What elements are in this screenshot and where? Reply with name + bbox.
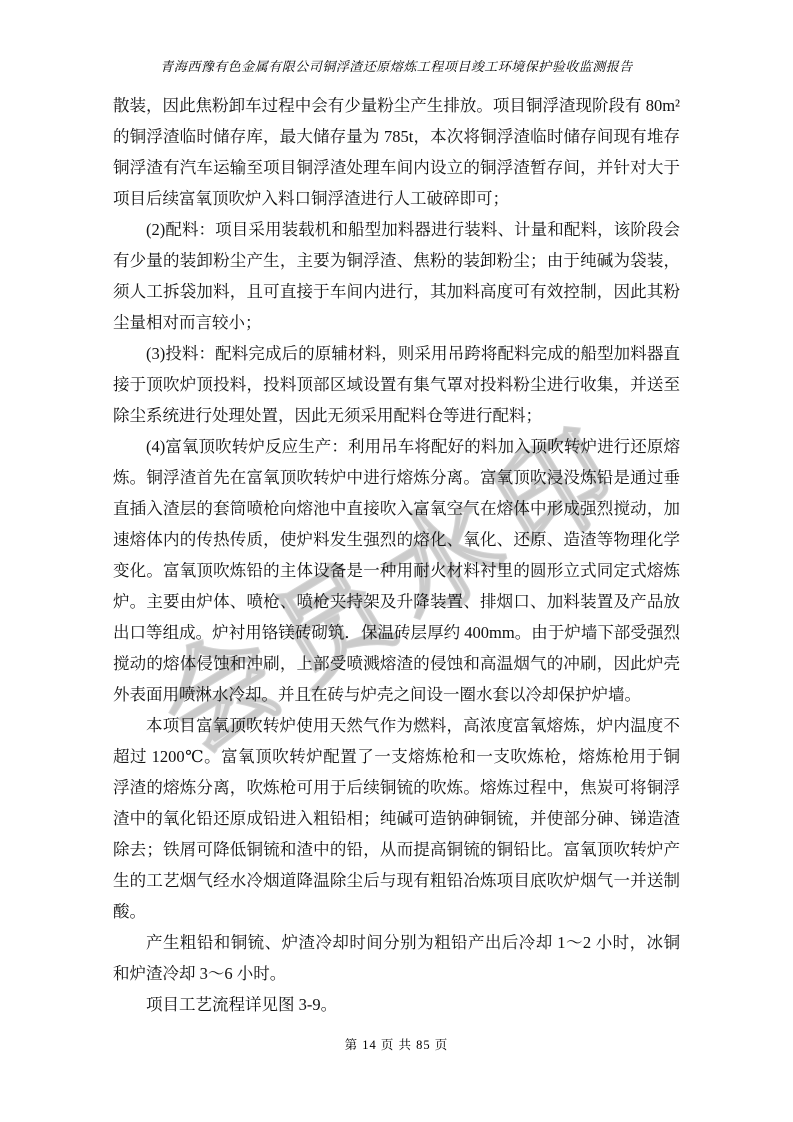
- paragraph: (4)富氧顶吹转炉反应生产：利用吊车将配好的料加入顶吹转炉进行还原熔炼。铜浮渣首…: [113, 431, 680, 710]
- page-header-title: 青海西豫有色金属有限公司铜浮渣还原熔炼工程项目竣工环境保护验收监测报告: [0, 56, 793, 75]
- paragraph: 本项目富氧顶吹转炉使用天然气作为燃料，高浓度富氧熔炼，炉内温度不超过 1200℃…: [113, 710, 680, 927]
- page-number-footer: 第 14 页 共 85 页: [0, 1035, 793, 1053]
- paragraph: (2)配料：项目采用装载机和船型加料器进行装料、计量和配料，该阶段会有少量的装卸…: [113, 214, 680, 338]
- paragraph: 项目工艺流程详见图 3-9。: [113, 989, 680, 1020]
- paragraph: 散装，因此焦粉卸车过程中会有少量粉尘产生排放。项目铜浮渣现阶段有 80m²的铜浮…: [113, 90, 680, 214]
- paragraph: (3)投料：配料完成后的原辅材料，则采用吊跨将配料完成的船型加料器直接于顶吹炉顶…: [113, 338, 680, 431]
- document-page: 青海西豫有色金属有限公司铜浮渣还原熔炼工程项目竣工环境保护验收监测报告 会员水印…: [0, 0, 793, 1122]
- paragraph: 产生粗铅和铜锍、炉渣冷却时间分别为粗铅产出后冷却 1～2 小时，冰铜和炉渣冷却 …: [113, 927, 680, 989]
- document-body: 散装，因此焦粉卸车过程中会有少量粉尘产生排放。项目铜浮渣现阶段有 80m²的铜浮…: [113, 90, 680, 1020]
